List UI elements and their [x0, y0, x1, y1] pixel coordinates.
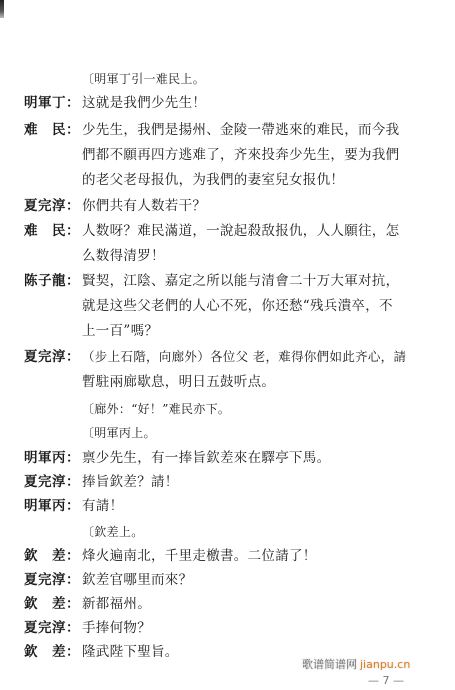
- speaker-name: 夏完淳：: [24, 348, 80, 366]
- scan-edge-mark: [0, 0, 4, 18]
- speaker-name: 明軍丙：: [24, 449, 80, 467]
- speech-text: 少先生，我們是揚州、金陵一帶逃來的难民，而今我: [82, 121, 399, 139]
- speaker-name: 夏完淳：: [24, 619, 80, 637]
- speaker-name: 夏完淳：: [24, 473, 80, 491]
- speech-text: 禀少先生，有一捧旨欽差來在驛亭下馬。: [82, 449, 330, 467]
- speech-text: 捧旨欽差？請！: [82, 473, 179, 491]
- speech-text: 就是这些父老們的人心不死，你还愁“残兵潰卒，不: [82, 297, 393, 315]
- stage-direction-text: 〔廊外：“好！”难民亦下。: [82, 400, 230, 418]
- speech-text: 隆武陛下聖旨。: [82, 643, 179, 661]
- speaker-name: 欽 差：: [24, 643, 80, 661]
- watermark-domain: jianpu.cn: [360, 658, 410, 671]
- speaker-name: 难 民：: [24, 121, 80, 139]
- watermark-site-name: 歌谱简谱网: [302, 658, 357, 671]
- speech-text: 这就是我們少先生！: [82, 94, 206, 112]
- speaker-name: 陈子龍：: [24, 272, 80, 290]
- speech-text: 人数呀？难民滿道，一說起殺敌报仇，人人願往，怎: [82, 222, 399, 240]
- page-number: — 7 —: [368, 674, 404, 687]
- speech-text: 新都福州。: [82, 595, 151, 613]
- speaker-name: 夏完淳：: [24, 197, 80, 215]
- stage-direction-text: 〔欽差上。: [82, 523, 144, 541]
- speaker-name: 夏完淳：: [24, 571, 80, 589]
- scanned-page: 〔明軍丁引一难民上。 明軍丁： 这就是我們少先生！ 难 民： 少先生，我們是揚州…: [0, 0, 455, 690]
- speaker-name: 明軍丁：: [24, 94, 80, 112]
- site-watermark: 歌谱简谱网jianpu.cn: [302, 656, 410, 672]
- speaker-name: 欽 差：: [24, 595, 80, 613]
- speech-text: 手捧何物？: [82, 619, 151, 637]
- speech-text: 烽火遍南北，千里走檄書。二位請了！: [82, 547, 317, 565]
- speech-text: 你們共有人数若干？: [82, 197, 206, 215]
- speech-text: 有請！: [82, 497, 123, 515]
- speech-text: 暫駐兩廊歇息，明日五鼓听点。: [82, 373, 275, 391]
- speaker-name: 欽 差：: [24, 547, 80, 565]
- speech-text: （步上石階，向廊外）各位父 老，难得你們如此齐心，請: [82, 348, 406, 366]
- speech-text: 賢契，江陰、嘉定之所以能与清會二十万大軍对抗，: [82, 272, 399, 290]
- stage-direction-text: 〔明軍丁引一难民上。: [82, 70, 205, 88]
- speaker-name: 难 民：: [24, 222, 80, 240]
- speech-text: 們都不願再四方逃难了，齐來投奔少先生，要为我們: [82, 146, 399, 164]
- speech-text: 么数得清罗！: [82, 247, 165, 265]
- speech-text: 上一百”嗎？: [82, 322, 158, 340]
- speech-text: 的老父老母报仇，为我們的妻室兒女报仇！: [82, 171, 344, 189]
- speech-text: 欽差官哪里而來？: [82, 571, 192, 589]
- speaker-name: 明軍丙：: [24, 497, 80, 515]
- stage-direction-text: 〔明軍丙上。: [82, 424, 156, 442]
